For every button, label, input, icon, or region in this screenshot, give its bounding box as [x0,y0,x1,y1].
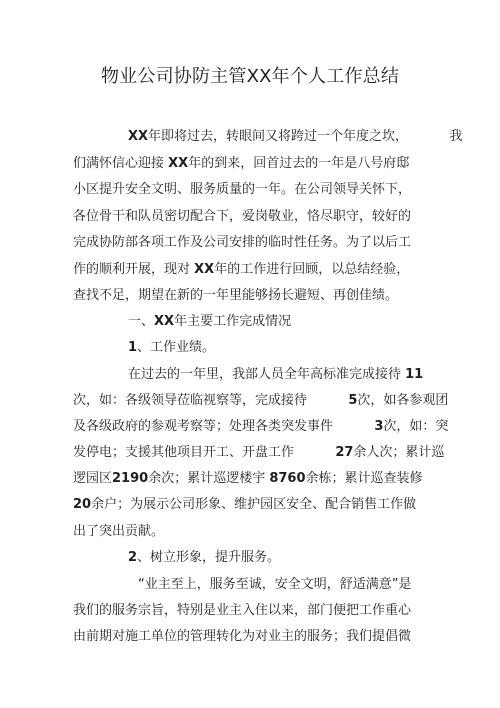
paragraph-line: “业主至上，服务至诚，安全文明，舒适满意”是 [138,576,411,594]
paragraph-line: 在过去的一年里，我部人员全年高标准完成接待 11 [128,366,423,384]
paragraph-line: 们满怀信心迎接 XX年的到来，回首过去的一年是八号府邸 [73,155,409,173]
paragraph-line: 各位骨干和队员密切配合下，爱岗敬业，恪尽职守，较好的 [73,208,411,226]
subsection-heading: 1、工作业绩。 [128,339,215,357]
paragraph-line: 及各级政府的参观考察等；处理各类突发事件 3次，如：突 [73,418,448,436]
subsection-heading: 2、树立形象，提升服务。 [128,549,280,567]
paragraph-line: 由前期对施工单位的管理转化为对业主的服务；我们提倡微 [73,628,411,646]
paragraph-line: 发停电；支援其他项目开工、开盘工作 27余人次；累计巡 [73,444,444,462]
paragraph-line: 20余户；为展示公司形象、维护园区安全、配合销售工作做 [73,496,416,514]
paragraph-line: 我们的服务宗旨，特别是业主入住以来，部门便把工作重心 [73,602,411,620]
paragraph-line: 出了突出贡献。 [73,523,164,541]
paragraph-line: XX年即将过去，转眼间又将跨过一个年度之坎， 我 [128,128,462,146]
paragraph-line: 完成协防部各项工作及公司安排的临时性任务。为了以后工 [73,234,411,252]
section-heading: 一、XX年主要工作完成情况 [128,313,291,331]
paragraph-line: 查找不足，期望在新的一年里能够扬长避短、再创佳绩。 [73,287,398,305]
document-title: 物业公司协防主管XX年个人工作总结 [0,62,500,88]
paragraph-line: 逻园区2190余次；累计巡逻楼宇 8760余栋；累计巡查装修 [73,470,423,488]
paragraph-line: 次，如：各级领导莅临视察等，完成接待 5次，如各参观团 [73,392,448,410]
paragraph-line: 作的顺利开展，现对 XX年的工作进行回顾，以总结经验， [73,261,409,279]
paragraph-line: 小区提升安全文明、服务质量的一年。在公司领导关怀下， [73,181,411,199]
